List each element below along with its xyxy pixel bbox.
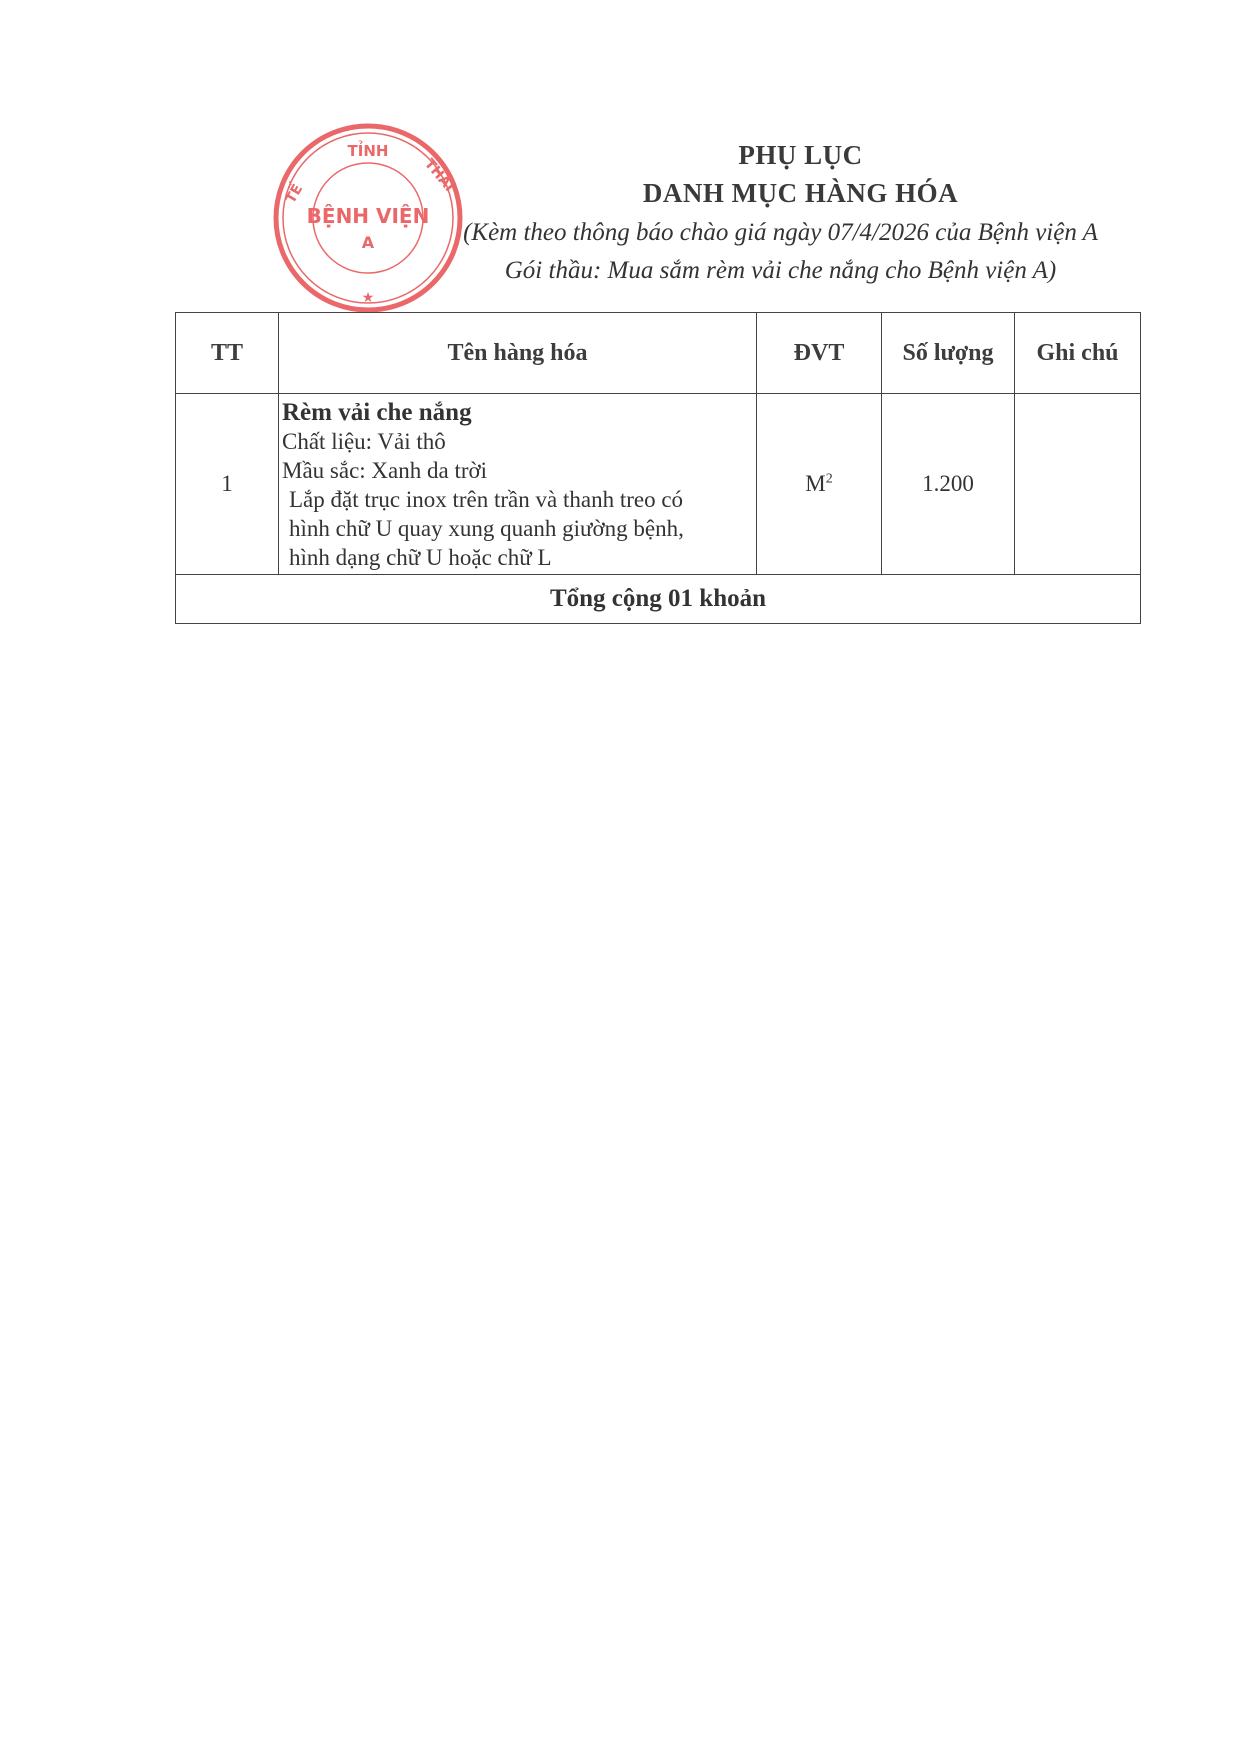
item-detail: Mầu sắc: Xanh da trời	[282, 456, 752, 485]
item-detail: hình chữ U quay xung quanh giường bệnh,	[282, 514, 752, 543]
item-unit: M2	[757, 394, 882, 575]
column-header-name: Tên hàng hóa	[279, 313, 757, 394]
column-header-note: Ghi chú	[1015, 313, 1141, 394]
item-title: Rèm vải che nắng	[282, 398, 752, 427]
column-header-quantity: Số lượng	[882, 313, 1015, 394]
table-total-row: Tổng cộng 01 khoản	[176, 575, 1141, 624]
item-name-cell: Rèm vải che nắng Chất liệu: Vải thô Mầu …	[279, 394, 757, 575]
svg-text:★: ★	[362, 290, 375, 306]
page-subtitle: DANH MỤC HÀNG HÓA	[180, 178, 1241, 209]
page-title: PHỤ LỤC	[180, 140, 1241, 171]
reference-note-line1: (Kèm theo thông báo chào giá ngày 07/4/2…	[160, 219, 1241, 247]
item-quantity: 1.200	[882, 394, 1015, 575]
column-header-tt: TT	[176, 313, 279, 394]
total-label: Tổng cộng 01 khoản	[176, 575, 1141, 624]
goods-table: TT Tên hàng hóa ĐVT Số lượng Ghi chú 1 R…	[175, 312, 1141, 624]
item-detail: hình dạng chữ U hoặc chữ L	[282, 543, 752, 572]
item-note	[1015, 394, 1141, 575]
table-row: 1 Rèm vải che nắng Chất liệu: Vải thô Mầ…	[176, 394, 1141, 575]
reference-note-line2: Gói thầu: Mua sắm rèm vải che nắng cho B…	[160, 257, 1241, 285]
item-detail: Chất liệu: Vải thô	[282, 427, 752, 456]
column-header-unit: ĐVT	[757, 313, 882, 394]
item-detail: Lắp đặt trục inox trên trần và thanh tre…	[282, 485, 752, 514]
row-number: 1	[176, 394, 279, 575]
table-header-row: TT Tên hàng hóa ĐVT Số lượng Ghi chú	[176, 313, 1141, 394]
